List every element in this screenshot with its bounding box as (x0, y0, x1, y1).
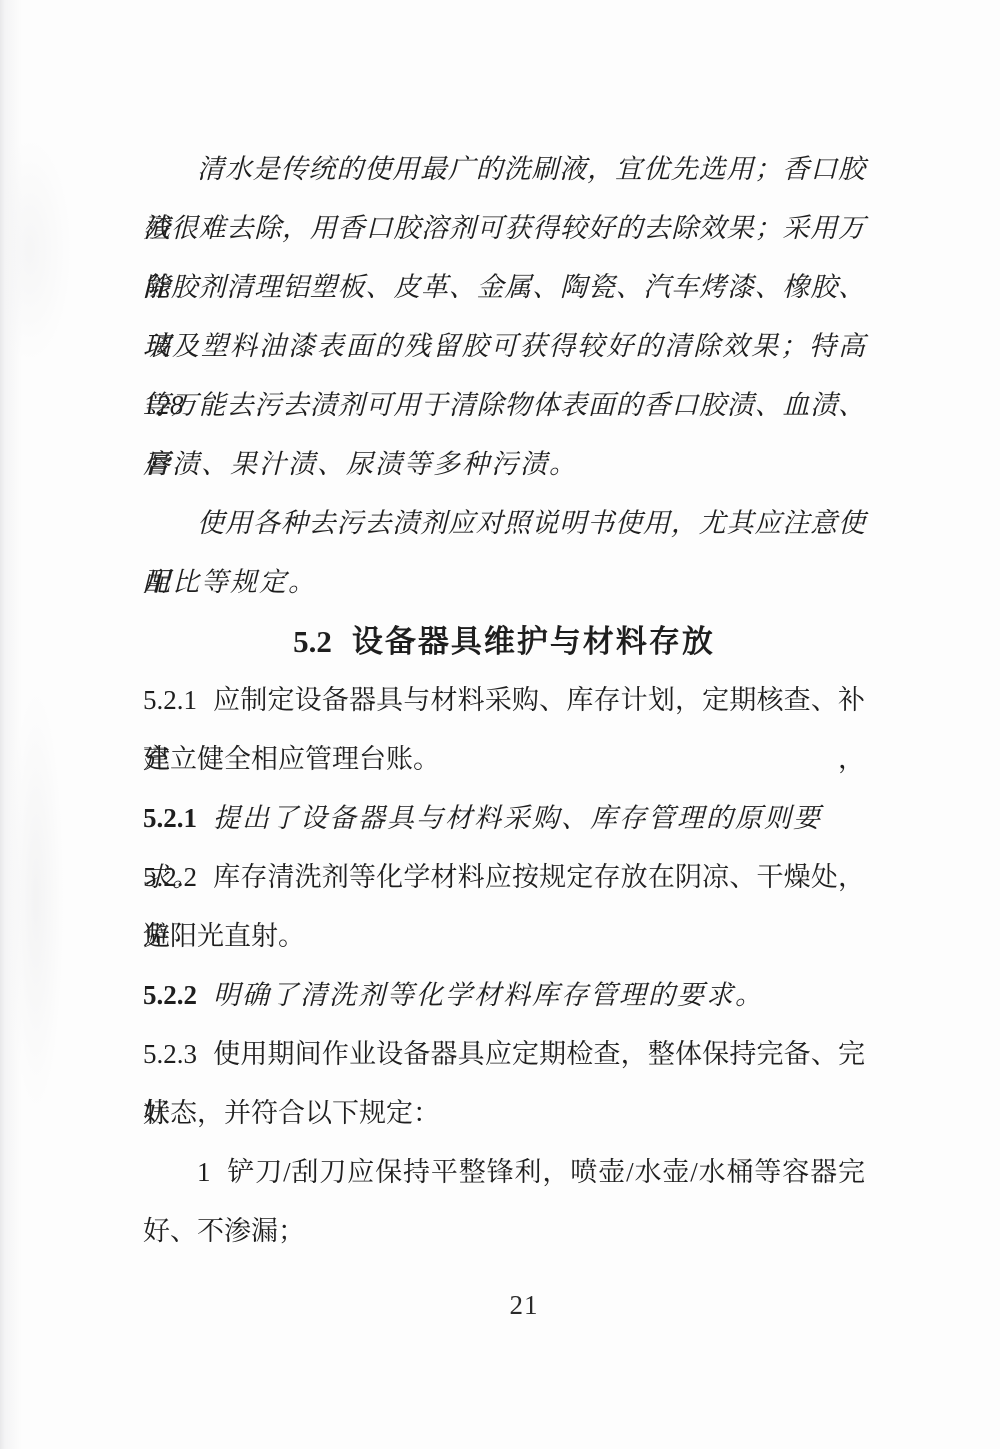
section-heading: 5.2设备器具维护与材料存放 (143, 612, 865, 671)
list-item-line: 1铲刀/刮刀应保持平整锋利，喷壶/水壶/水桶等容器完 (143, 1143, 865, 1202)
text-line: 璃及塑料油漆表面的残留胶可获得较好的清除效果；特高 128 (143, 317, 865, 376)
text-line: 清水是传统的使用最广的洗刷液，宜优先选用；香口胶残 (143, 140, 865, 199)
section-number: 5.2 (293, 624, 332, 659)
clause-number: 5.2.3 (143, 1039, 197, 1069)
clause-line: 5.2.1应制定设备器具与材料采购、库存计划，定期核查、补充， (143, 671, 865, 730)
clause-line: 5.2.3使用期间作业设备器具应定期检查，整体保持完备、完好 (143, 1025, 865, 1084)
text-line: 等万能去污去渍剂可用于清除物体表面的香口胶渍、血渍、唇 (143, 376, 865, 435)
clause-line: 5.2.2库存清洗剂等化学材料应按规定存放在阴凉、干燥处，避 (143, 848, 865, 907)
text-line: 渣很难去除，用香口胶溶剂可获得较好的去除效果；采用万能 (143, 199, 865, 258)
text-line: 配比等规定。 (143, 553, 865, 612)
text-line: 膏渍、果汁渍、尿渍等多种污渍。 (143, 435, 865, 494)
list-item-number: 1 (197, 1157, 211, 1187)
clause-number: 5.2.1 (143, 685, 197, 715)
explanatory-note: 5.2.2明确了清洗剂等化学材料库存管理的要求。 (143, 966, 865, 1025)
page-number: 21 (0, 1276, 1000, 1335)
document-page: 清水是传统的使用最广的洗刷液，宜优先选用；香口胶残 渣很难去除，用香口胶溶剂可获… (0, 0, 1000, 1449)
text-line: 除胶剂清理铝塑板、皮革、金属、陶瓷、汽车烤漆、橡胶、玻 (143, 258, 865, 317)
clause-number: 5.2.2 (143, 862, 197, 892)
note-text: 明确了清洗剂等化学材料库存管理的要求。 (213, 980, 764, 1010)
explanatory-note: 5.2.1提出了设备器具与材料采购、库存管理的原则要求。 (143, 789, 865, 848)
clause-line: 免阳光直射。 (143, 907, 865, 966)
clause-line: 状态，并符合以下规定： (143, 1084, 865, 1143)
text-line: 使用各种去污去渍剂应对照说明书使用，尤其应注意使用 (143, 494, 865, 553)
note-number: 5.2.1 (143, 803, 197, 833)
list-item-line: 好、不渗漏； (143, 1202, 865, 1261)
note-number: 5.2.2 (143, 980, 197, 1010)
section-title: 设备器具维护与材料存放 (352, 624, 715, 659)
list-item-text: 铲刀/刮刀应保持平整锋利，喷壶/水壶/水桶等容器完 (227, 1157, 866, 1187)
